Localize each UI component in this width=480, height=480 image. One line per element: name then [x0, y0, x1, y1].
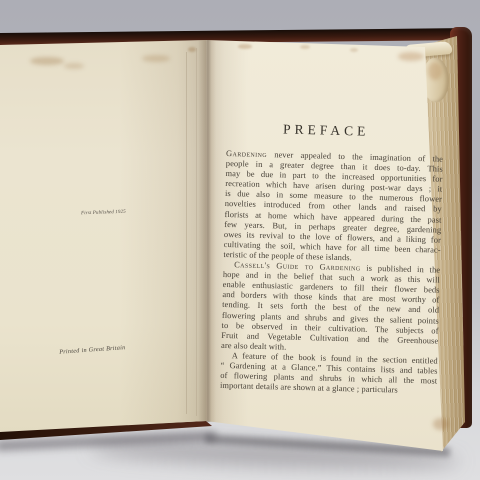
foxing-spot	[238, 44, 252, 49]
foxing-spot	[433, 418, 449, 430]
small-caps-text: Gardening	[226, 149, 267, 159]
foxing-spot	[64, 63, 84, 69]
left-page	[0, 38, 206, 434]
foxing-spot	[142, 55, 170, 62]
preface-paragraph: Cassell's Guide to Gardening is publishe…	[221, 260, 440, 356]
preface-text-block: PREFACE Gardening never appealed to the …	[220, 120, 444, 397]
foxing-spot	[300, 45, 310, 49]
preface-paragraph: A feature of the book is found in the se…	[220, 351, 438, 397]
preface-paragraphs: Gardening never appealed to the imaginat…	[220, 149, 443, 397]
gutter-shadow	[198, 40, 216, 422]
foxing-spot	[30, 57, 64, 65]
foxing-spot	[350, 48, 358, 52]
page-crease	[196, 48, 197, 416]
foxing-spot	[398, 52, 424, 61]
foxing-spot	[428, 62, 442, 80]
page-crease	[186, 52, 187, 414]
book-photo: First Published 1925 Printed in Great Br…	[0, 0, 480, 480]
foxing-spot	[188, 47, 196, 52]
preface-paragraph: Gardening never appealed to the imaginat…	[223, 149, 443, 266]
